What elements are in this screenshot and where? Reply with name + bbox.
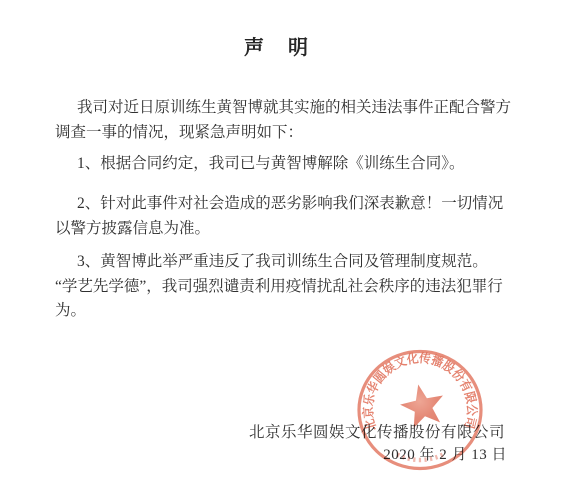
item-1-paragraph: 1、根据合同约定，我司已与黄智博解除《训练生合同》。 bbox=[55, 152, 515, 177]
item-2-paragraph: 2、针对此事件对社会造成的恶劣影响我们深表歉意！一切情况 以警方披露信息为准。 bbox=[55, 192, 515, 241]
paragraph-line: 2、针对此事件对社会造成的恶劣影响我们深表歉意！一切情况 bbox=[55, 192, 515, 217]
statement-document: 声 明 我司对近日原训练生黄智博就其实施的相关违法事件正配合警方 调查一事的情况… bbox=[0, 0, 568, 485]
intro-paragraph: 我司对近日原训练生黄智博就其实施的相关违法事件正配合警方 调查一事的情况，现紧急… bbox=[55, 96, 515, 145]
document-title: 声 明 bbox=[0, 31, 554, 60]
paragraph-line: 调查一事的情况，现紧急声明如下： bbox=[55, 121, 515, 146]
paragraph-line: 3、黄智博此举严重违反了我司训练生合同及管理制度规范。 bbox=[55, 250, 515, 275]
paragraph-line: 1、根据合同约定，我司已与黄智博解除《训练生合同》。 bbox=[55, 152, 515, 177]
paragraph-line: 为。 bbox=[55, 299, 515, 324]
paragraph-line: 我司对近日原训练生黄智博就其实施的相关违法事件正配合警方 bbox=[55, 96, 515, 121]
signature-date: 2020 年 2 月 13 日 bbox=[383, 443, 507, 464]
signature-company-name: 北京乐华圆娱文化传播股份有限公司 bbox=[249, 420, 505, 442]
item-3-paragraph: 3、黄智博此举严重违反了我司训练生合同及管理制度规范。 “学艺先学德”，我司强烈… bbox=[55, 250, 515, 324]
paragraph-line: 以警方披露信息为准。 bbox=[55, 217, 515, 242]
paragraph-line: “学艺先学德”，我司强烈谴责利用疫情扰乱社会秩序的违法犯罪行 bbox=[55, 275, 515, 300]
